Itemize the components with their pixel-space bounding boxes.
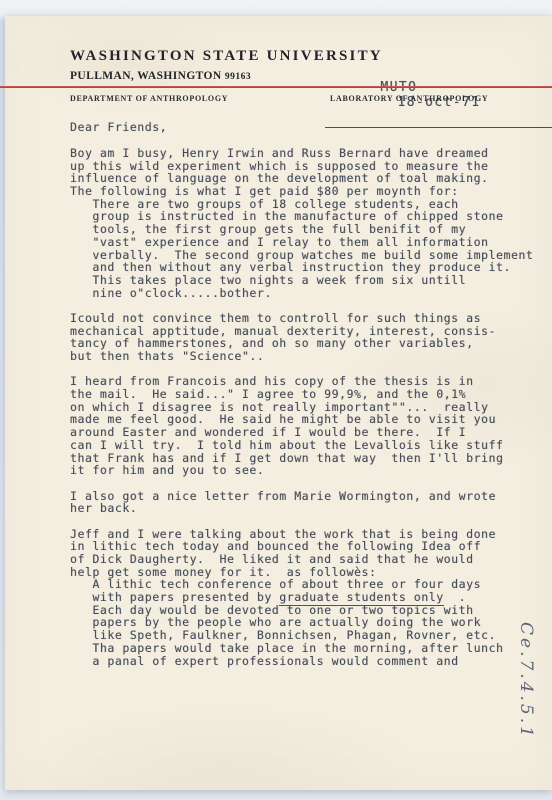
letter-line: and then without any verbal instruction … bbox=[70, 261, 552, 274]
letter-line: Icould not convince them to controll for… bbox=[70, 312, 552, 325]
letter-line: Boy am I busy, Henry Irwin and Russ Bern… bbox=[70, 147, 552, 160]
department-right: LABORATORY OF ANTHROPOLOGY bbox=[330, 94, 488, 103]
scanned-letter-canvas: WASHINGTON STATE UNIVERSITY PULLMAN, WAS… bbox=[0, 0, 552, 800]
archival-annotation: Ce.7.4.5.1 bbox=[516, 622, 536, 740]
letter-line bbox=[70, 515, 552, 528]
line-segment: . bbox=[444, 590, 466, 604]
line-segment: with papers presented by bbox=[70, 590, 279, 604]
letter-line: around Easter and wondered if I would be… bbox=[70, 426, 552, 439]
letter-line: tools, the first group gets the full ben… bbox=[70, 223, 552, 236]
letter-line bbox=[70, 477, 552, 490]
letter-line: nine o"clock.....bother. bbox=[70, 287, 552, 300]
letter-lines: Boy am I busy, Henry Irwin and Russ Bern… bbox=[70, 147, 552, 667]
letter-line: "vast" experience and I relay to them al… bbox=[70, 236, 552, 249]
letter-line: her back. bbox=[70, 502, 552, 515]
salutation: Dear Friends, bbox=[70, 120, 167, 134]
letterhead-red-rule bbox=[0, 86, 552, 88]
letter-line: of Dick Daugherty. He liked it and said … bbox=[70, 553, 552, 566]
letterhead-zip: 99163 bbox=[225, 72, 251, 82]
letter-line: with papers presented by graduate studen… bbox=[70, 591, 552, 604]
letter-line: like Speth, Faulkner, Bonnichsen, Phagan… bbox=[70, 629, 552, 642]
letter-line: This takes place two nights a week from … bbox=[70, 274, 552, 287]
letter-line: can I will try. I told him about the Lev… bbox=[70, 439, 552, 452]
letterhead-university-name: WASHINGTON STATE UNIVERSITY bbox=[70, 48, 383, 65]
letter-line: a panal of expert professionals would co… bbox=[70, 655, 552, 668]
letter-line: I also got a nice letter from Marie Worm… bbox=[70, 490, 552, 503]
department-left: DEPARTMENT OF ANTHROPOLOGY bbox=[70, 94, 228, 103]
letter-line: The following is what I get paid $80 per… bbox=[70, 185, 552, 198]
letter-line: the mail. He said..." I agree to 99,9%, … bbox=[70, 388, 552, 401]
letter-line: but then thats "Science".. bbox=[70, 350, 552, 363]
letterhead-city-line: PULLMAN, WASHINGTON 99163 bbox=[70, 70, 251, 82]
letterhead-city: PULLMAN, WASHINGTON bbox=[70, 70, 222, 82]
letter-line: Tha papers would take place in the morni… bbox=[70, 642, 552, 655]
letter-page: WASHINGTON STATE UNIVERSITY PULLMAN, WAS… bbox=[5, 16, 552, 790]
letter-line: it for him and you to see. bbox=[70, 464, 552, 477]
